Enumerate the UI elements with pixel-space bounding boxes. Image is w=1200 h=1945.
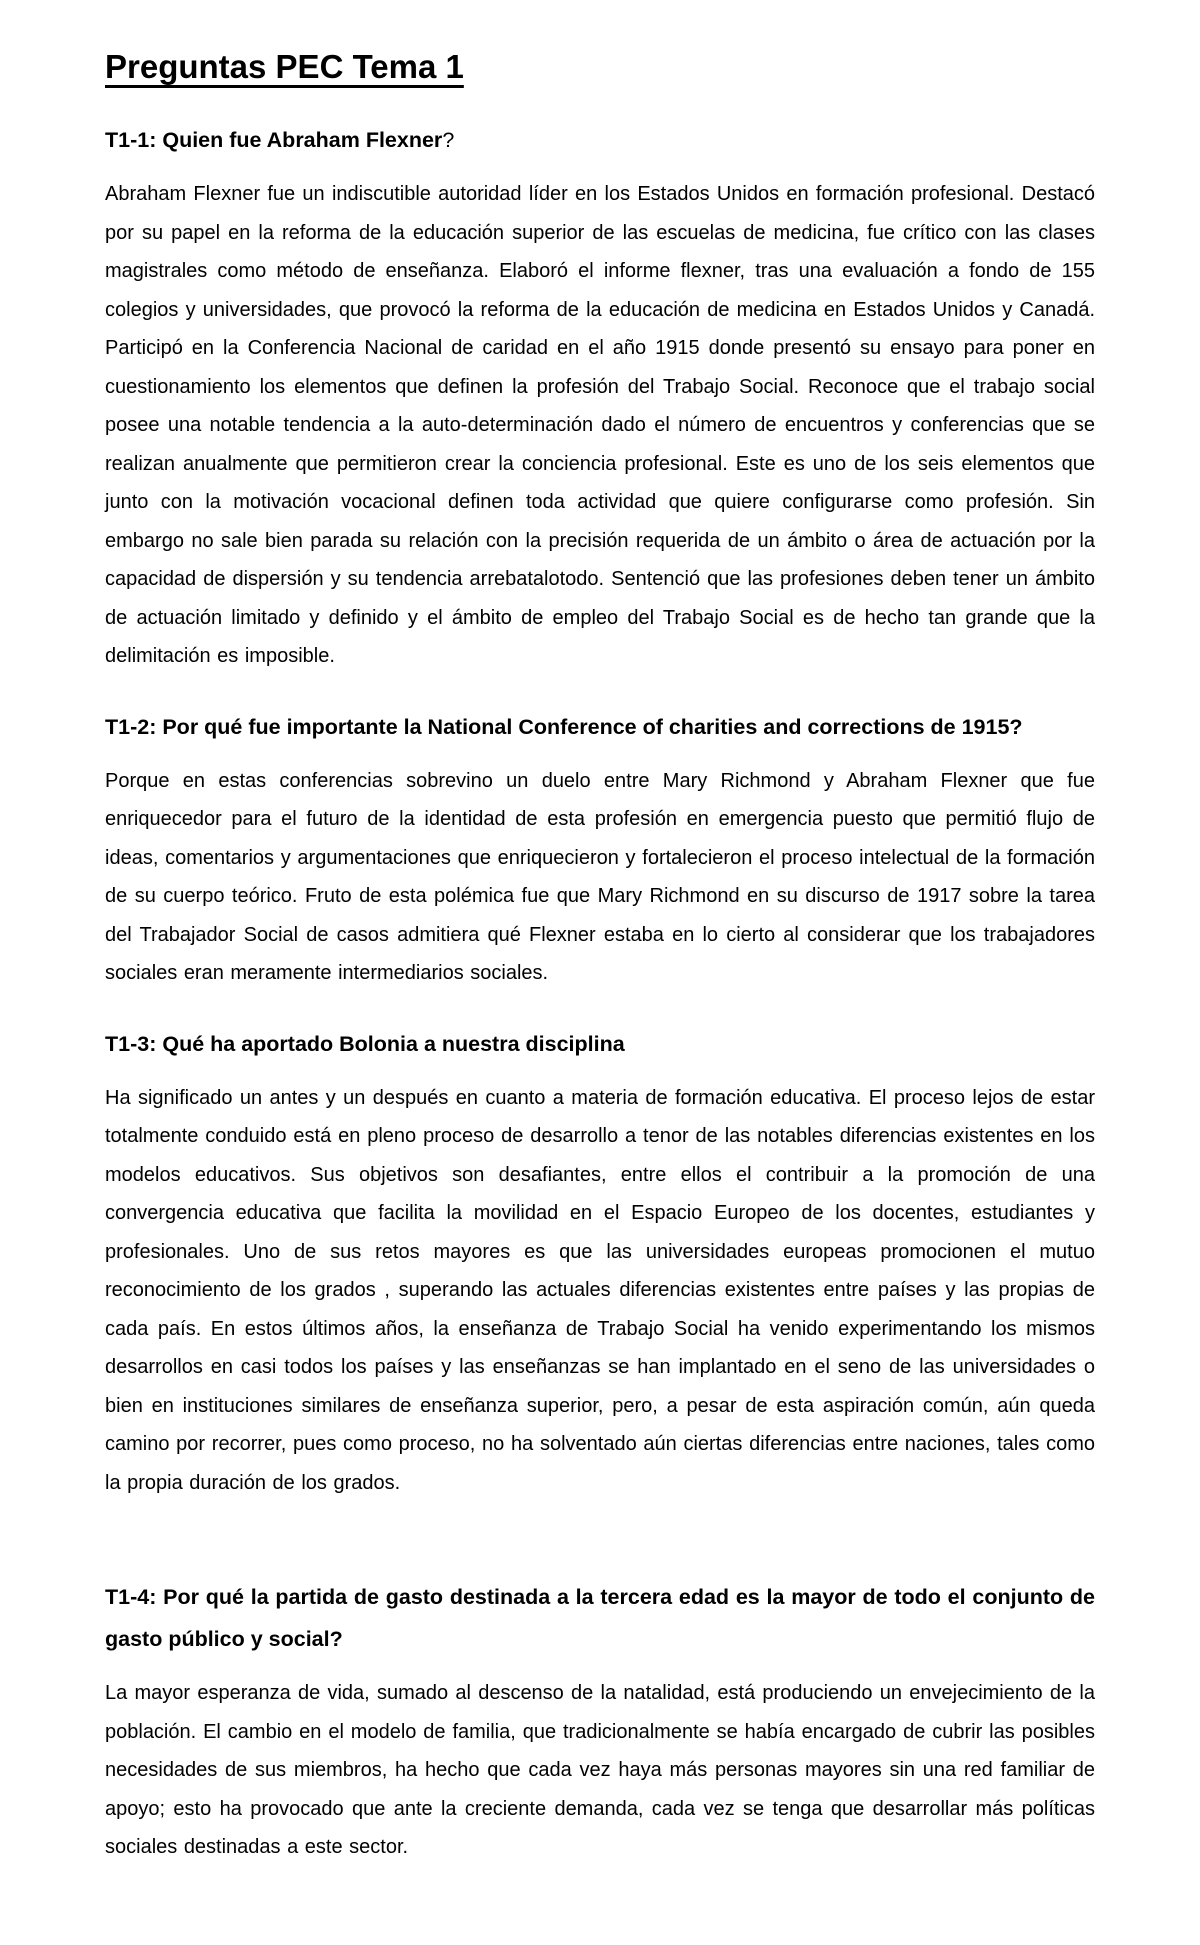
section-heading: T1-1: Quien fue Abraham Flexner? (105, 119, 1095, 161)
section-heading: T1-4: Por qué la partida de gasto destin… (105, 1576, 1095, 1660)
section-heading: T1-2: Por qué fue importante la National… (105, 706, 1095, 748)
section-body: Porque en estas conferencias sobrevino u… (105, 762, 1095, 993)
document-page: Preguntas PEC Tema 1 T1-1: Quien fue Abr… (0, 0, 1200, 1945)
section-body: Ha significado un antes y un después en … (105, 1079, 1095, 1503)
section-body: La mayor esperanza de vida, sumado al de… (105, 1674, 1095, 1867)
section-body: Abraham Flexner fue un indiscutible auto… (105, 175, 1095, 676)
section-t1-2: T1-2: Por qué fue importante la National… (105, 706, 1095, 993)
section-heading: T1-3: Qué ha aportado Bolonia a nuestra … (105, 1023, 1095, 1065)
section-heading-suffix: ? (442, 128, 454, 152)
section-heading-text: T1-2: Por qué fue importante la National… (105, 715, 1023, 739)
section-t1-3: T1-3: Qué ha aportado Bolonia a nuestra … (105, 1023, 1095, 1503)
section-t1-4: T1-4: Por qué la partida de gasto destin… (105, 1576, 1095, 1867)
section-heading-text: T1-1: Quien fue Abraham Flexner (105, 128, 442, 152)
page-title: Preguntas PEC Tema 1 (105, 46, 1095, 87)
section-heading-text: T1-3: Qué ha aportado Bolonia a nuestra … (105, 1032, 625, 1056)
section-t1-1: T1-1: Quien fue Abraham Flexner? Abraham… (105, 119, 1095, 676)
section-heading-text: T1-4: Por qué la partida de gasto destin… (105, 1585, 1095, 1651)
